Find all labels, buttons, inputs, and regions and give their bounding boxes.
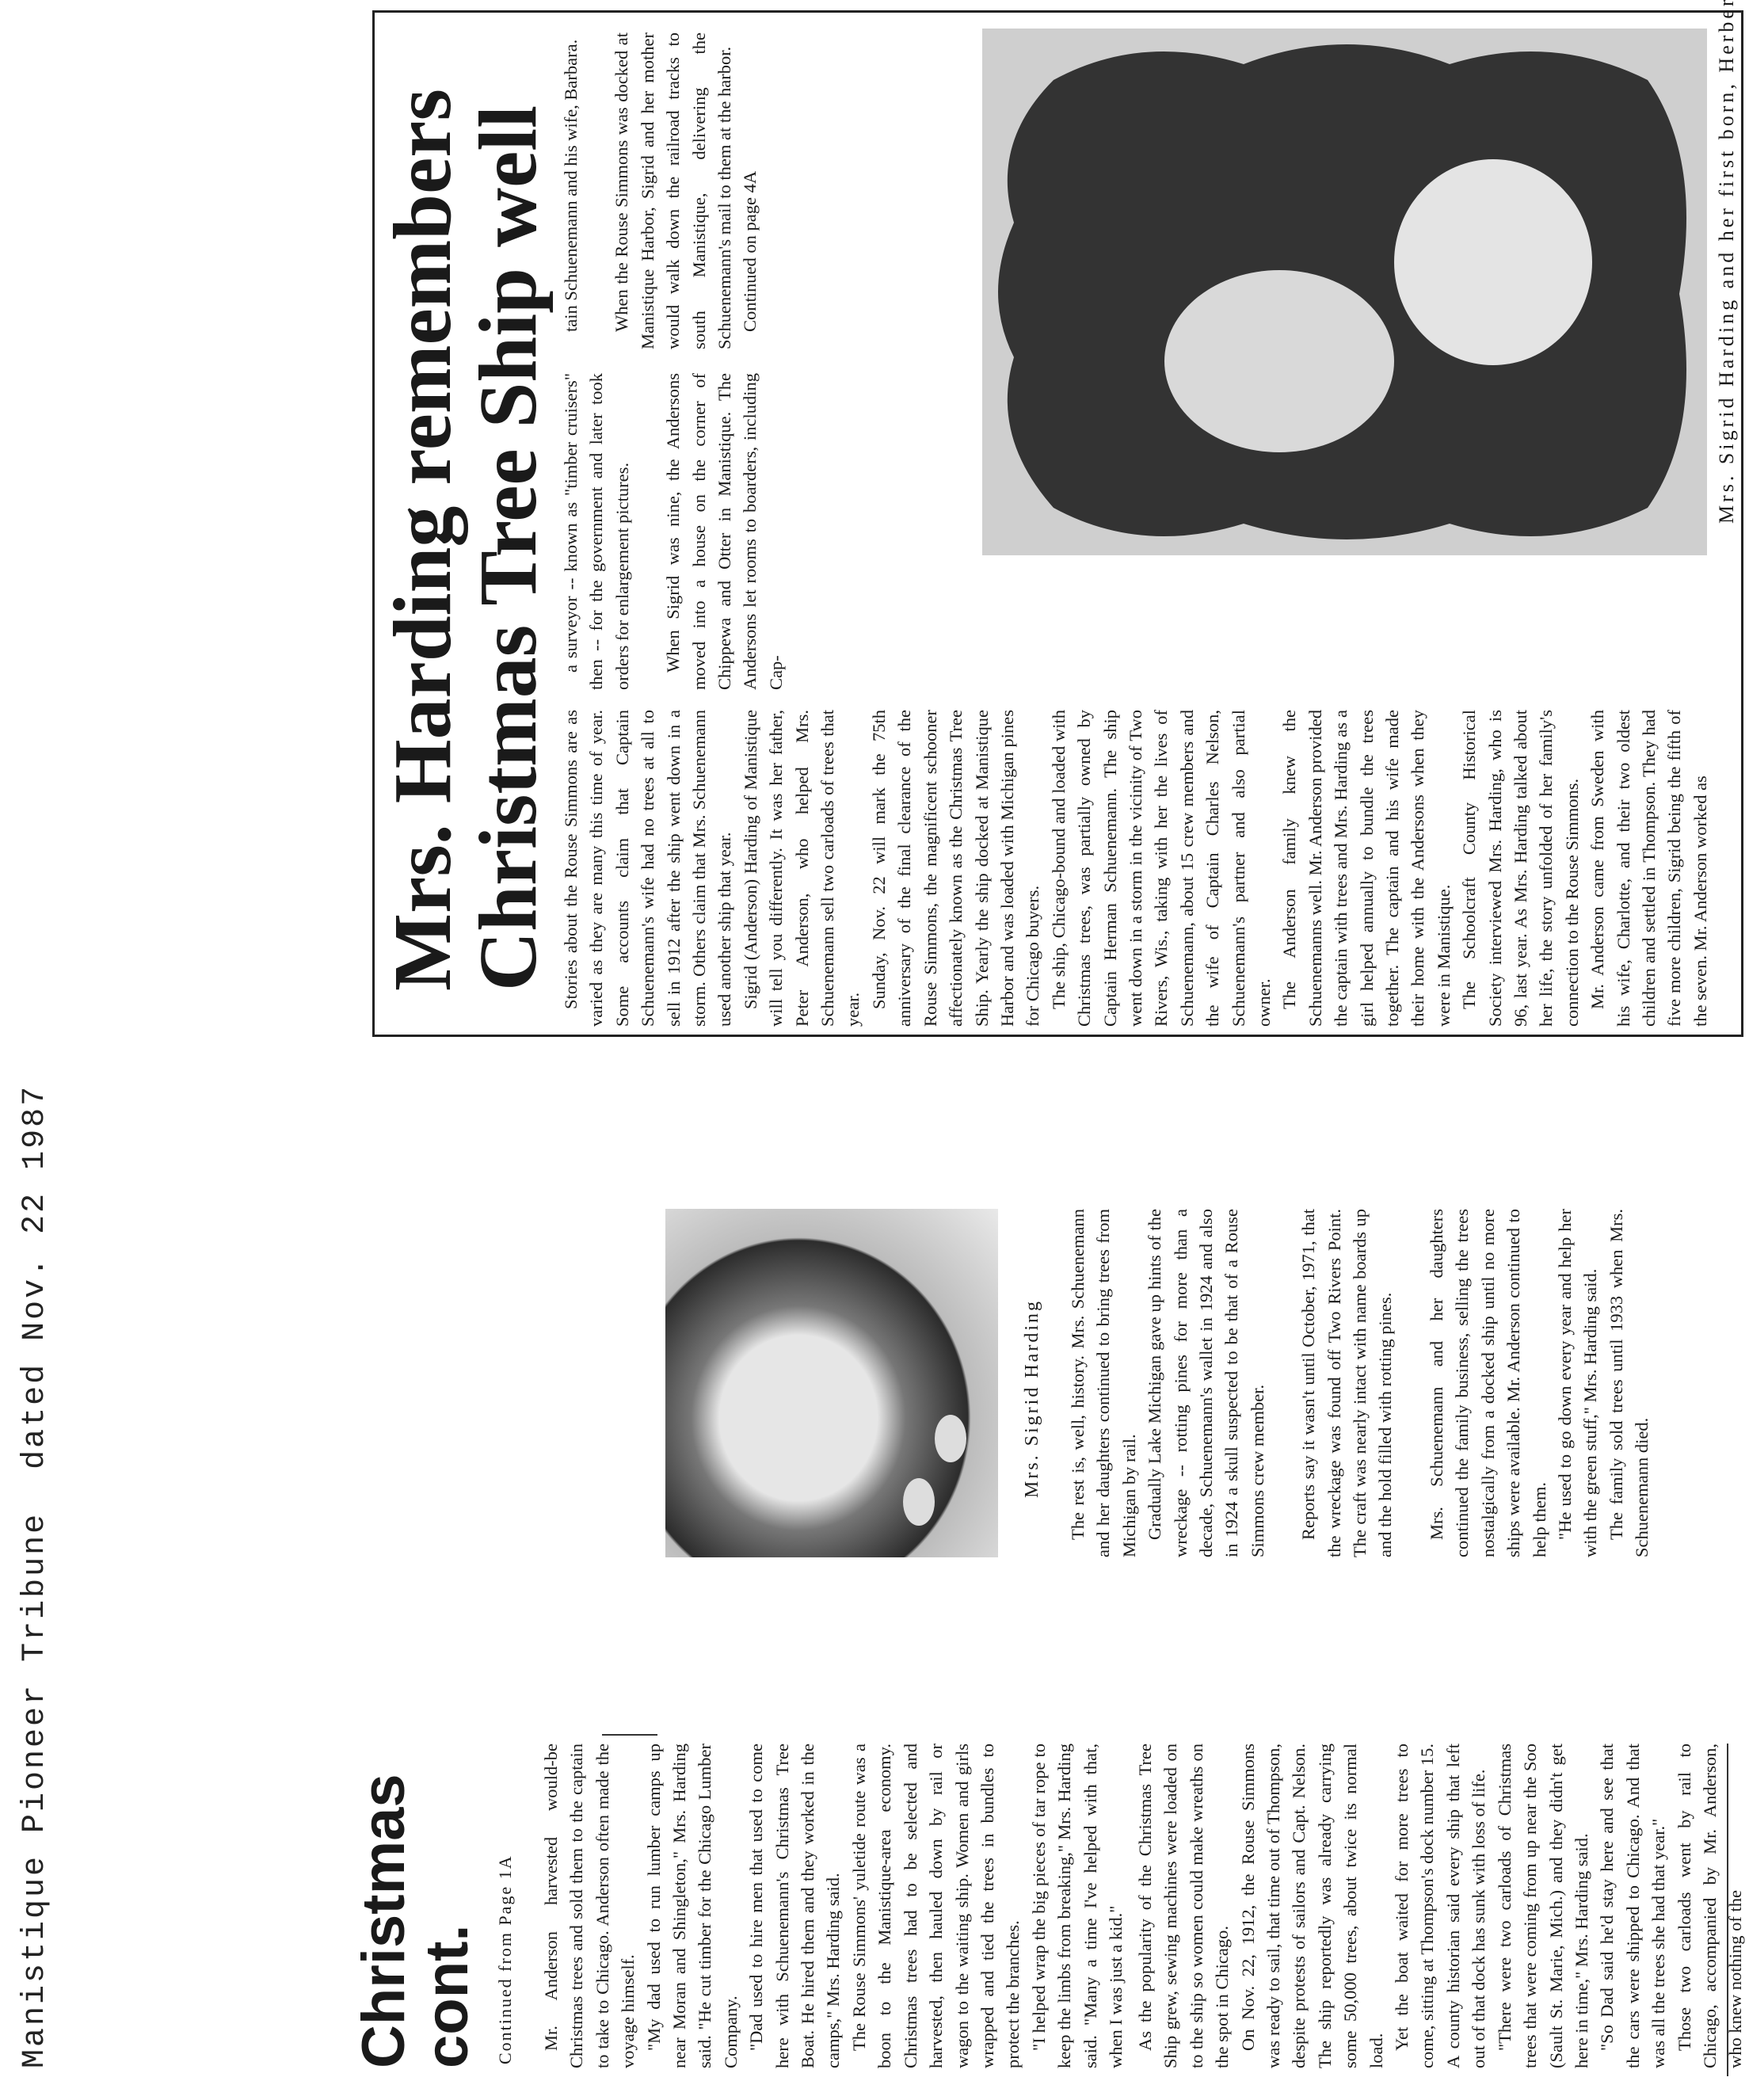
photo-detail — [935, 1415, 966, 1462]
historic-photo — [982, 29, 1707, 555]
photo-figure-mother — [1164, 270, 1394, 452]
continuation-jump-line: Continued from Page 1A — [495, 1854, 516, 2064]
source-stamp: Manistique Pioneer Tribune dated Nov. 22… — [17, 1084, 53, 2068]
main-headline: Mrs. Harding remembers Christmas Tree Sh… — [380, 89, 551, 991]
continued-jump: Continued on page 4A — [737, 32, 763, 349]
divider — [602, 1734, 657, 1736]
main-column-2: a surveyor -- known as "timber cruisers"… — [558, 373, 789, 690]
continuation-column-1: Mr. Anderson harvested would-be Christma… — [539, 1744, 1129, 2068]
portrait-column-text: The rest is, well, history. Mrs. Schuene… — [1065, 1209, 1656, 1557]
portrait-caption: Mrs. Sigrid Harding — [1022, 1299, 1043, 1498]
photo-detail — [903, 1478, 935, 1526]
main-column-3: tain Schuenemann and his wife, Barbara. … — [558, 32, 764, 349]
divider — [1727, 1744, 1728, 2076]
continuation-column-2: As the popularity of the Christmas Tree … — [1133, 1744, 1749, 2068]
photo-caption: Mrs. Sigrid Harding and her first born, … — [1715, 0, 1739, 524]
portrait-photo — [665, 1209, 998, 1557]
photo-figure-baby — [1394, 159, 1592, 365]
newspaper-clipping: Manistique Pioneer Tribune dated Nov. 22… — [0, 0, 1749, 2100]
continuation-headline: Christmas cont. — [352, 1774, 479, 2068]
main-column-1: Stories about the Rouse Simmons are as v… — [558, 710, 1713, 1027]
